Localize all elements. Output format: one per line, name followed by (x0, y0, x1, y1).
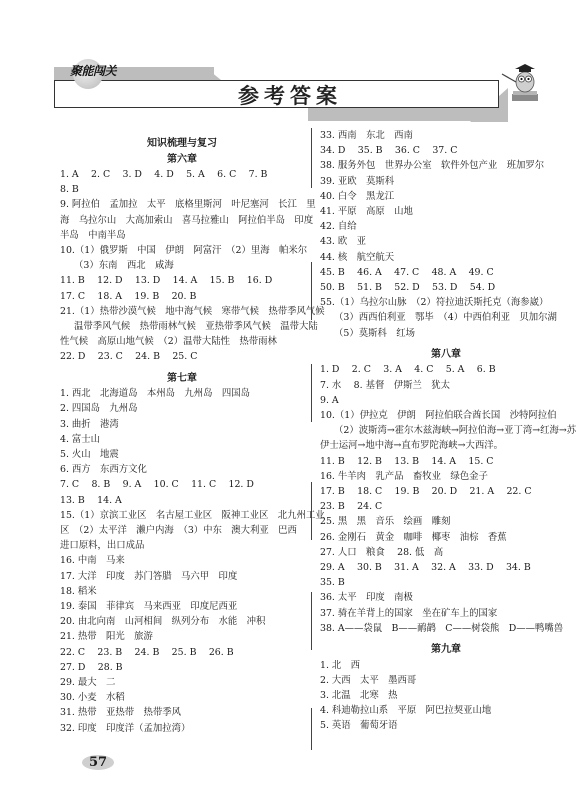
answer-line: 45. B 46. A 47. C 48. A 49. C (320, 265, 572, 280)
answer-line: 1. A 2. C 3. D 4. D 5. A 6. C 7. B (60, 167, 304, 182)
answer-line: 22. C 23. B 24. B 25. B 26. B (60, 645, 304, 660)
chapter-7-title: 第七章 (60, 371, 304, 387)
answer-line: （2）波斯湾→霍尔木兹海峡→阿拉伯海→亚丁湾→红海→苏 (320, 423, 572, 438)
answer-line: 10.（1）伊拉克 伊朗 阿拉伯联合酋长国 沙特阿拉伯 (320, 408, 572, 423)
answer-line: 32. 印度 印度洋（孟加拉湾） (60, 721, 304, 736)
answer-line: 21.（1）热带沙漠气候 地中海气候 寒带气候 热带季风气候 (60, 304, 304, 319)
answer-line: 31. 热带 亚热带 热带季风 (60, 705, 304, 720)
answer-line: 2. 四国岛 九州岛 (60, 401, 304, 416)
header-banner: 聚能闯关 参考答案 (0, 0, 580, 125)
answer-line: 17. B 18. C 19. B 20. D 21. A 22. C (320, 484, 572, 499)
answer-line: 1. 北 西 (320, 658, 572, 673)
answer-line: 38. 服务外包 世界办公室 软件外包产业 班加罗尔 (320, 158, 572, 173)
answer-line: 42. 自给 (320, 219, 572, 234)
column-divider (311, 364, 312, 422)
page-number: 57 (82, 755, 114, 770)
answer-line: 3. 曲折 港湾 (60, 417, 304, 432)
answer-line: 15.（1）京滨工业区 名古屋工业区 阪神工业区 北九州工业 (60, 508, 304, 523)
answer-line: 7. 水 8. 基督 伊斯兰 犹太 (320, 378, 572, 393)
answer-line: 1. 西北 北海道岛 本州岛 九州岛 四国岛 (60, 386, 304, 401)
column-divider (311, 592, 312, 650)
answer-line: 区 （2）太平洋 濑户内海 （3）中东 澳大利亚 巴西 (60, 523, 304, 538)
answer-line: 26. 金刚石 黄金 咖啡 椰枣 油棕 香蕉 (320, 530, 572, 545)
chapter-6-title: 第六章 (60, 152, 304, 168)
answer-line: 55.（1）乌拉尔山脉 （2）符拉迪沃斯托克（海参崴） (320, 295, 572, 310)
answer-line: 9. 阿拉伯 孟加拉 太平 底格里斯河 叶尼塞河 长江 里 (60, 197, 304, 212)
answer-line: 16. 牛羊肉 乳产品 畜牧业 绿色金子 (320, 469, 572, 484)
answer-line: 3. 北温 北寒 热 (320, 688, 572, 703)
answer-line: 34. D 35. B 36. C 37. C (320, 143, 572, 158)
answer-line: 5. 英语 葡萄牙语 (320, 718, 572, 733)
answer-line: 29. 最大 二 (60, 675, 304, 690)
answer-line: 20. 由北向南 山河相间 纵列分布 水能 冲积 (60, 614, 304, 629)
answer-line: 4. 科迪勒拉山系 平原 阿巴拉契亚山地 (320, 703, 572, 718)
answer-line: 半岛 中南半岛 (60, 228, 304, 243)
answer-line: 6. 西方 东西方文化 (60, 462, 304, 477)
answer-line: 11. B 12. B 13. B 14. A 15. C (320, 454, 572, 469)
answer-line: 30. 小麦 水稻 (60, 690, 304, 705)
answer-line: 19. 泰国 菲律宾 马来西亚 印度尼西亚 (60, 599, 304, 614)
answer-line: 17. C 18. A 19. B 20. B (60, 289, 304, 304)
answer-line: 17. 大洋 印度 苏门答腊 马六甲 印度 (60, 569, 304, 584)
answer-line: 8. B (60, 182, 304, 197)
answer-line: 13. B 14. A (60, 493, 304, 508)
answer-line: 7. C 8. B 9. A 10. C 11. C 12. D (60, 477, 304, 492)
logo-text: 聚能闯关 (70, 62, 116, 79)
answer-line: 50. B 51. B 52. D 53. D 54. D (320, 280, 572, 295)
chapter-8-title: 第八章 (320, 347, 572, 363)
answer-line: 16. 中南 马来 (60, 553, 304, 568)
answer-line: 40. 白令 黑龙江 (320, 189, 572, 204)
column-divider (311, 708, 312, 750)
answer-line: 41. 平原 高原 山地 (320, 204, 572, 219)
answer-line: 性气候 高原山地气候 （2）温带大陆性 热带雨林 (60, 334, 304, 349)
column-divider (311, 128, 312, 188)
answer-line: 33. 西南 东北 西南 (320, 128, 572, 143)
answer-line: 27. 人口 粮食 28. 低 高 (320, 545, 572, 560)
banner-tab-slant (205, 67, 221, 80)
answer-line: （3）东南 西北 咸海 (60, 258, 304, 273)
answer-line: 伊士运河→地中海→直布罗陀海峡→大西洋。 (320, 438, 572, 453)
answer-line: 29. A 30. B 31. A 32. A 33. D 34. B (320, 560, 572, 575)
answer-line: 4. 富士山 (60, 432, 304, 447)
answer-line: 5. 火山 地震 (60, 447, 304, 462)
answer-line: 2. 大西 太平 墨西哥 (320, 673, 572, 688)
answer-line: 9. A (320, 393, 572, 408)
answer-line: （3）西西伯利亚 鄂毕 （4）中西伯利亚 贝加尔湖 (320, 310, 572, 325)
answer-line: 38. A——袋鼠 B——鸸鹋 C——树袋熊 D——鸭嘴兽 (320, 621, 572, 636)
answer-line: 36. 太平 印度 南极 (320, 590, 572, 605)
owl-mascot-icon (500, 60, 546, 106)
chapter-9-title: 第九章 (320, 642, 572, 658)
answer-line: 44. 核 航空航天 (320, 250, 572, 265)
answer-line: 23. B 24. C (320, 499, 572, 514)
answer-line: 海 乌拉尔山 大高加索山 喜马拉雅山 阿拉伯半岛 印度 (60, 213, 304, 228)
page-title: 参考答案 (0, 80, 580, 110)
answer-line: 11. B 12. D 13. D 14. A 15. B 16. D (60, 273, 304, 288)
answer-line: 18. 稻米 (60, 584, 304, 599)
answer-line: 35. B (320, 575, 572, 590)
right-column: 33. 西南 东北 西南 34. D 35. B 36. C 37. C 38.… (320, 128, 572, 734)
answer-line: 21. 热带 阳光 旅游 (60, 629, 304, 644)
answer-line: （5）莫斯科 红场 (320, 326, 572, 341)
answer-line: 27. D 28. B (60, 660, 304, 675)
section-title: 知识梳理与复习 (60, 136, 304, 152)
answer-line: 22. D 23. C 24. B 25. C (60, 349, 304, 364)
answer-line: 10.（1）俄罗斯 中国 伊朗 阿富汗 （2）里海 帕米尔 (60, 243, 304, 258)
answer-line: 温带季风气候 热带雨林气候 亚热带季风气候 温带大陆 (60, 319, 304, 334)
answer-line: 1. D 2. C 3. A 4. C 5. A 6. B (320, 362, 572, 377)
answer-line: 进口原料，出口成品 (60, 538, 304, 553)
left-column: 知识梳理与复习 第六章 1. A 2. C 3. D 4. D 5. A 6. … (60, 136, 304, 736)
answer-line: 37. 骑在羊背上的国家 坐在矿车上的国家 (320, 606, 572, 621)
answer-line: 25. 黑 黑 音乐 绘画 雕刻 (320, 514, 572, 529)
answer-line: 39. 亚欧 莫斯科 (320, 174, 572, 189)
answer-line: 43. 欧 亚 (320, 234, 572, 249)
